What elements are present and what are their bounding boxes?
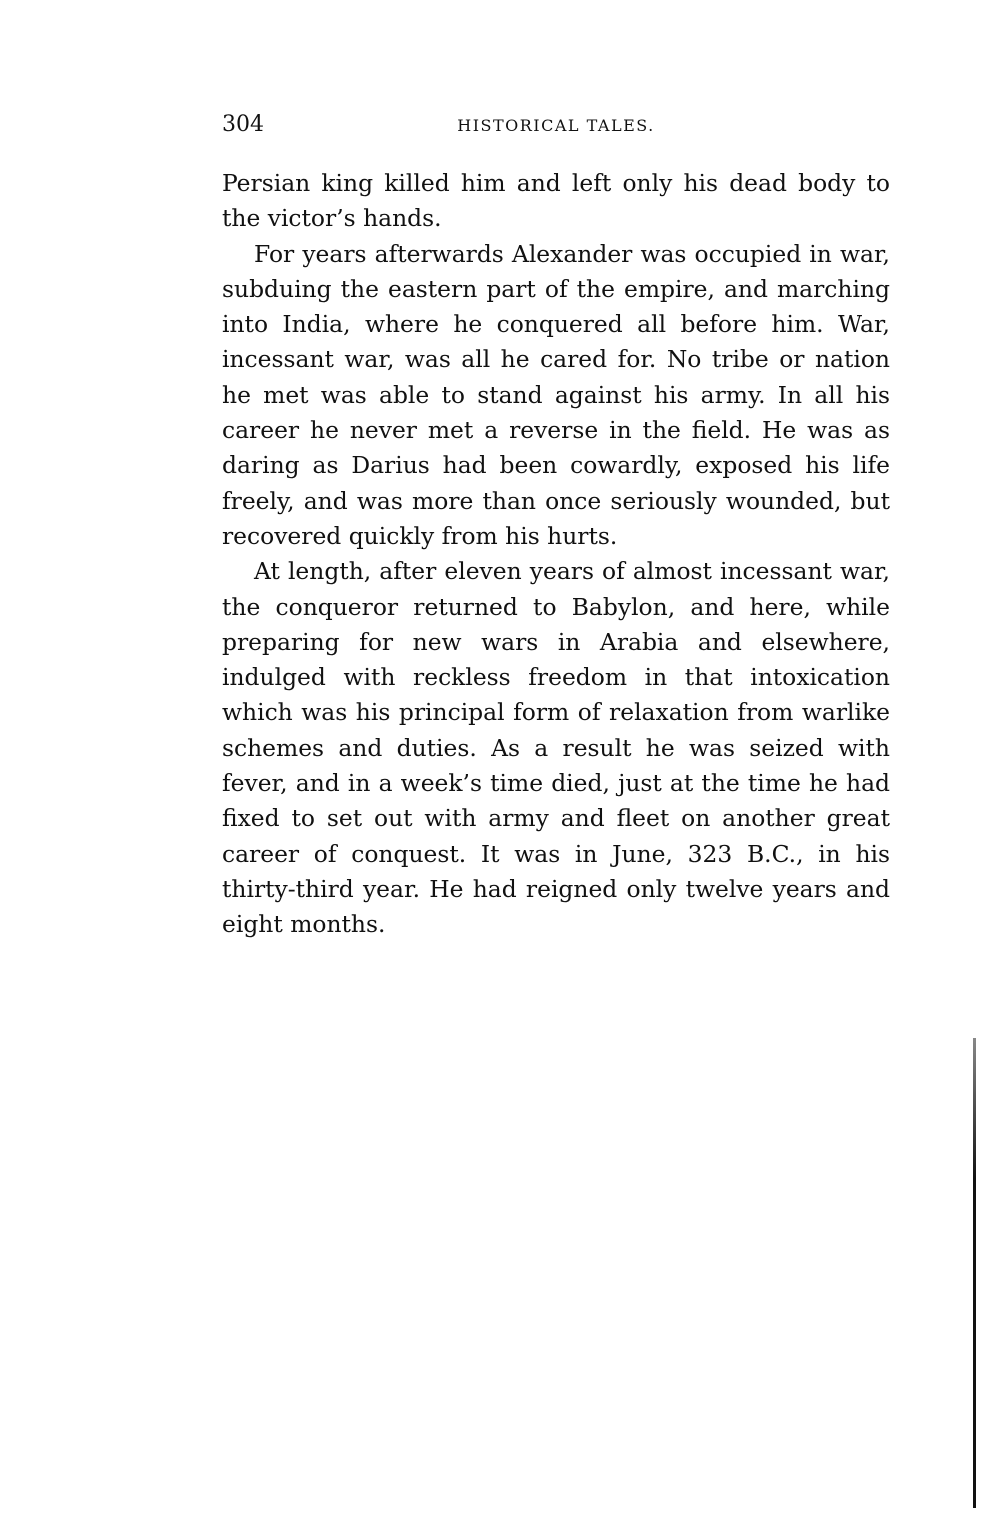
paragraph-3: At length, after eleven years of almost … [222, 554, 890, 942]
paragraph-1: Persian king killed him and left only hi… [222, 166, 890, 237]
body-text: Persian king killed him and left only hi… [222, 166, 890, 943]
running-head: HISTORICAL TALES. [222, 116, 890, 135]
paragraph-2: For years afterwards Alexander was occup… [222, 237, 890, 555]
page-header: 304 HISTORICAL TALES. [222, 112, 890, 144]
page-edge-line [973, 1038, 976, 1508]
